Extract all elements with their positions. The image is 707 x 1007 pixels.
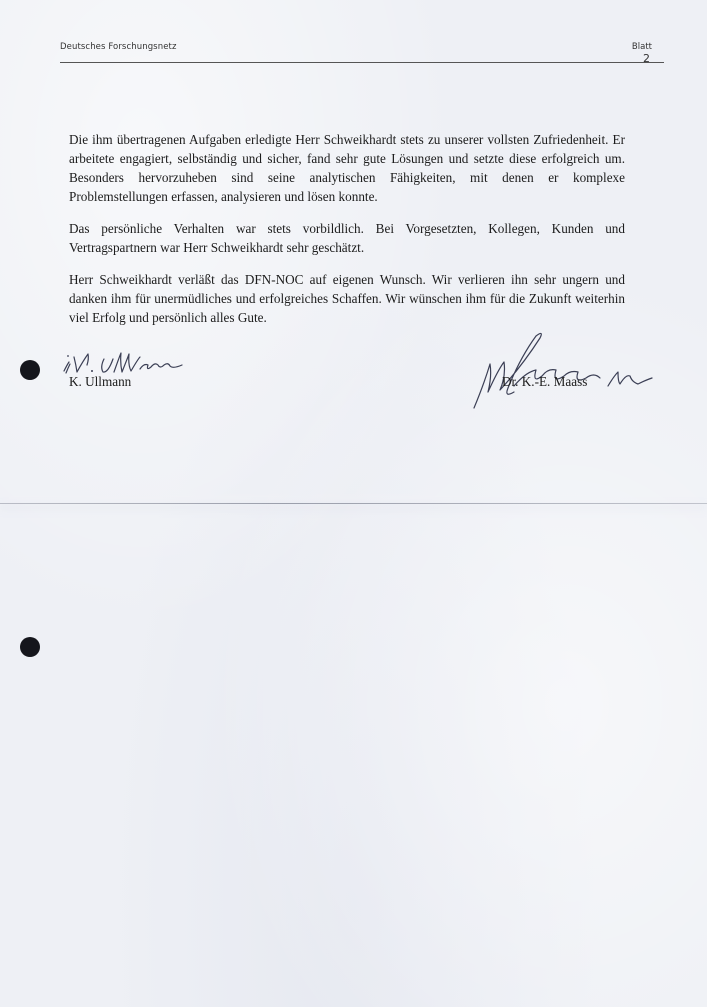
punch-hole-top <box>20 360 40 380</box>
page-number: 2 <box>643 52 650 65</box>
punch-hole-bottom <box>20 637 40 657</box>
letter-body: Die ihm übertragenen Aufgaben erledigte … <box>69 130 625 340</box>
organization-name: Deutsches Forschungsnetz <box>60 42 177 52</box>
paragraph-conduct: Das persönliche Verhalten war stets vorb… <box>69 219 625 257</box>
paragraph-performance: Die ihm übertragenen Aufgaben erledigte … <box>69 130 625 206</box>
signer-name-right: Dr. K.-E. Maass <box>502 374 587 390</box>
paper-fold-crease <box>0 503 707 504</box>
letterhead-header: Deutsches Forschungsnetz Blatt 2 <box>60 42 664 63</box>
paragraph-departure: Herr Schweikhardt verläßt das DFN-NOC au… <box>69 270 625 327</box>
signer-name-left: K. Ullmann <box>69 374 131 390</box>
sheet-label: Blatt <box>632 42 652 52</box>
